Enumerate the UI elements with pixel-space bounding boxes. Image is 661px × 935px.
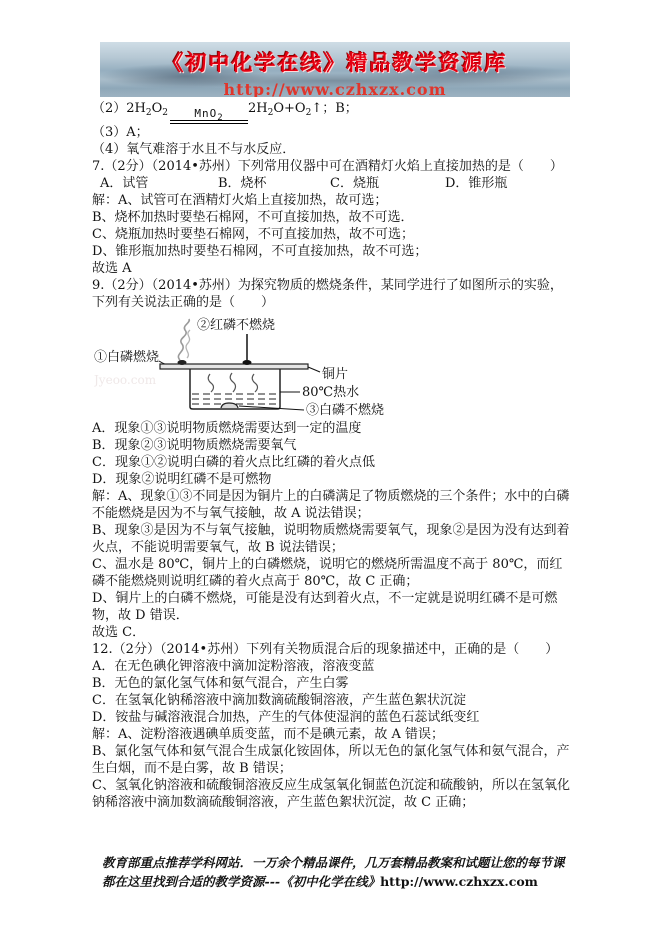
answer-line-3: （3）A； bbox=[92, 124, 575, 141]
q12-solution-line: C、氢氧化钠溶液和硫酸铜溶液反应生成氢氧化铜蓝色沉淀和硫酸钠，所以在氢氧化钠稀溶… bbox=[92, 777, 575, 811]
experiment-diagram: Jyeoo.com ②红磷不燃烧 ①白磷燃烧 铜片 bbox=[94, 316, 414, 416]
q12-solution-line: B、氯化氢气体和氨气混合生成氯化铵固体，所以无色的氯化氢气体和氨气混合，产生白烟… bbox=[92, 743, 575, 777]
equation-reactant: （2）2H bbox=[92, 101, 146, 116]
q12-option-b: B．无色的氯化氢气体和氨气混合，产生白雾 bbox=[92, 675, 575, 692]
equation-subscript: 2 bbox=[162, 108, 168, 118]
q9-solution-line: C、温水是 80℃，铜片上的白磷燃烧，说明它的燃烧所需温度不高于 80℃，而红磷… bbox=[92, 556, 575, 590]
q7-solution-line: C、烧瓶加热时要垫石棉网，不可直接加热，故不可选； bbox=[92, 226, 575, 243]
q9-stem: 9.（2分）（2014•苏州）为探究物质的燃烧条件，某同学进行了如图所示的实验，… bbox=[92, 277, 575, 311]
q7-option-b: B．烧杯 bbox=[218, 175, 267, 192]
q7-solution-line: D、锥形瓶加热时要垫石棉网，不可直接加热，故不可选； bbox=[92, 243, 575, 260]
reaction-condition: MnO2 bbox=[170, 108, 248, 124]
q7-stem: 7.（2分）（2014•苏州）下列常用仪器中可在酒精灯火焰上直接加热的是（ ） bbox=[92, 158, 575, 175]
heat-wave-icon bbox=[230, 373, 235, 392]
white-phosphorus-underwater bbox=[221, 403, 238, 408]
q12-solution-line: 解：A、淀粉溶液遇碘单质变蓝，而不是碘元素，故 A 错误； bbox=[92, 726, 575, 743]
q9-answer: 故选 C． bbox=[92, 624, 575, 641]
q7-option-c: C．烧瓶 bbox=[330, 175, 379, 192]
q7-options-row: A．试管 B．烧杯 C．烧瓶 D．锥形瓶 bbox=[92, 175, 575, 192]
label-white-phosphorus-noburn: ③白磷不燃烧 bbox=[306, 402, 384, 416]
equation-reactant: O bbox=[152, 101, 163, 116]
q9-solution-line: 解：A、现象①③不同是因为铜片上的白磷满足了物质燃烧的三个条件；水中的白磷不能燃… bbox=[92, 488, 575, 522]
label-copper-sheet: 铜片 bbox=[322, 366, 348, 382]
heat-wave-icon bbox=[208, 374, 213, 392]
equation-tail: ↑；B； bbox=[311, 101, 357, 116]
watermark-text: Jyeoo.com bbox=[94, 373, 157, 387]
q9-solution-line: D、铜片上的白磷不燃烧，可能是没有达到着火点，不一定就是说明红磷不是可燃物，故 … bbox=[92, 590, 575, 624]
equation-product: O+O bbox=[273, 101, 305, 116]
q7-answer: 故选 A bbox=[92, 260, 575, 277]
label-red-phosphorus: ②红磷不燃烧 bbox=[197, 317, 275, 333]
red-phosphorus-on-sheet bbox=[243, 360, 252, 365]
q9-solution-line: B、现象③是因为不与氧气接触，说明物质燃烧需要氧气，现象②是因为没有达到着火点，… bbox=[92, 522, 575, 556]
q7-solution-line: B、烧杯加热时要垫石棉网，不可直接加热，故不可选． bbox=[92, 209, 575, 226]
reaction-equals-line bbox=[170, 120, 248, 124]
q7-solution-line: 解：A、试管可在酒精灯火焰上直接加热，故可选； bbox=[92, 192, 575, 209]
banner-url-link[interactable]: http://www.czhxzx.com bbox=[223, 80, 446, 97]
equation-product: 2H bbox=[248, 101, 268, 116]
catalyst-label: MnO2 bbox=[194, 108, 223, 120]
equation-line: （2）2H2O2MnO22H2O+O2↑；B； bbox=[92, 100, 575, 124]
label-hot-water: 80℃热水 bbox=[302, 384, 359, 400]
white-phosphorus-on-sheet bbox=[178, 360, 187, 365]
q12-option-d: D．铵盐与碱溶液混合加热，产生的气体使湿润的蓝色石蕊试纸变红 bbox=[92, 709, 575, 726]
leader-line-copper bbox=[308, 367, 320, 372]
q9-option-c: C．现象①②说明白磷的着火点比红磷的着火点低 bbox=[92, 454, 575, 471]
page-footer: 教育部重点推荐学科网站．一万余个精品课件，几万套精品教案和试题让您的每节课都在这… bbox=[102, 853, 570, 891]
q9-option-d: D．现象②说明红磷不是可燃物 bbox=[92, 471, 575, 488]
site-banner: 《初中化学在线》精品教学资源库 http://www.czhxzx.com bbox=[100, 42, 570, 97]
q12-option-a: A．在无色碘化钾溶液中滴加淀粉溶液，溶液变蓝 bbox=[92, 658, 575, 675]
q12-option-c: C．在氢氧化钠稀溶液中滴加数滴硫酸铜溶液，产生蓝色絮状沉淀 bbox=[92, 692, 575, 709]
document-content: （2）2H2O2MnO22H2O+O2↑；B； （3）A； （4）氧气难溶于水且… bbox=[92, 100, 575, 811]
diagram-canvas: Jyeoo.com ②红磷不燃烧 ①白磷燃烧 铜片 bbox=[94, 316, 414, 416]
banner-title: 《初中化学在线》精品教学资源库 bbox=[163, 47, 508, 77]
q9-option-a: A．现象①③说明物质燃烧需要达到一定的温度 bbox=[92, 420, 575, 437]
footer-url-link[interactable]: http://www.czhxzx.com bbox=[380, 874, 538, 889]
answer-line-4: （4）氧气难溶于水且不与水反应． bbox=[92, 141, 575, 158]
q7-option-a: A．试管 bbox=[100, 175, 148, 192]
q7-option-d: D．锥形瓶 bbox=[445, 175, 507, 192]
label-white-phosphorus-burning: ①白磷燃烧 bbox=[94, 349, 159, 365]
q9-option-b: B．现象②③说明物质燃烧需要氧气 bbox=[92, 437, 575, 454]
heat-wave-icon bbox=[252, 374, 257, 392]
catalyst-formula: MnO bbox=[194, 107, 217, 120]
q12-stem: 12.（2分）（2014•苏州）下列有关物质混合后的现象描述中，正确的是（ ） bbox=[92, 641, 575, 658]
